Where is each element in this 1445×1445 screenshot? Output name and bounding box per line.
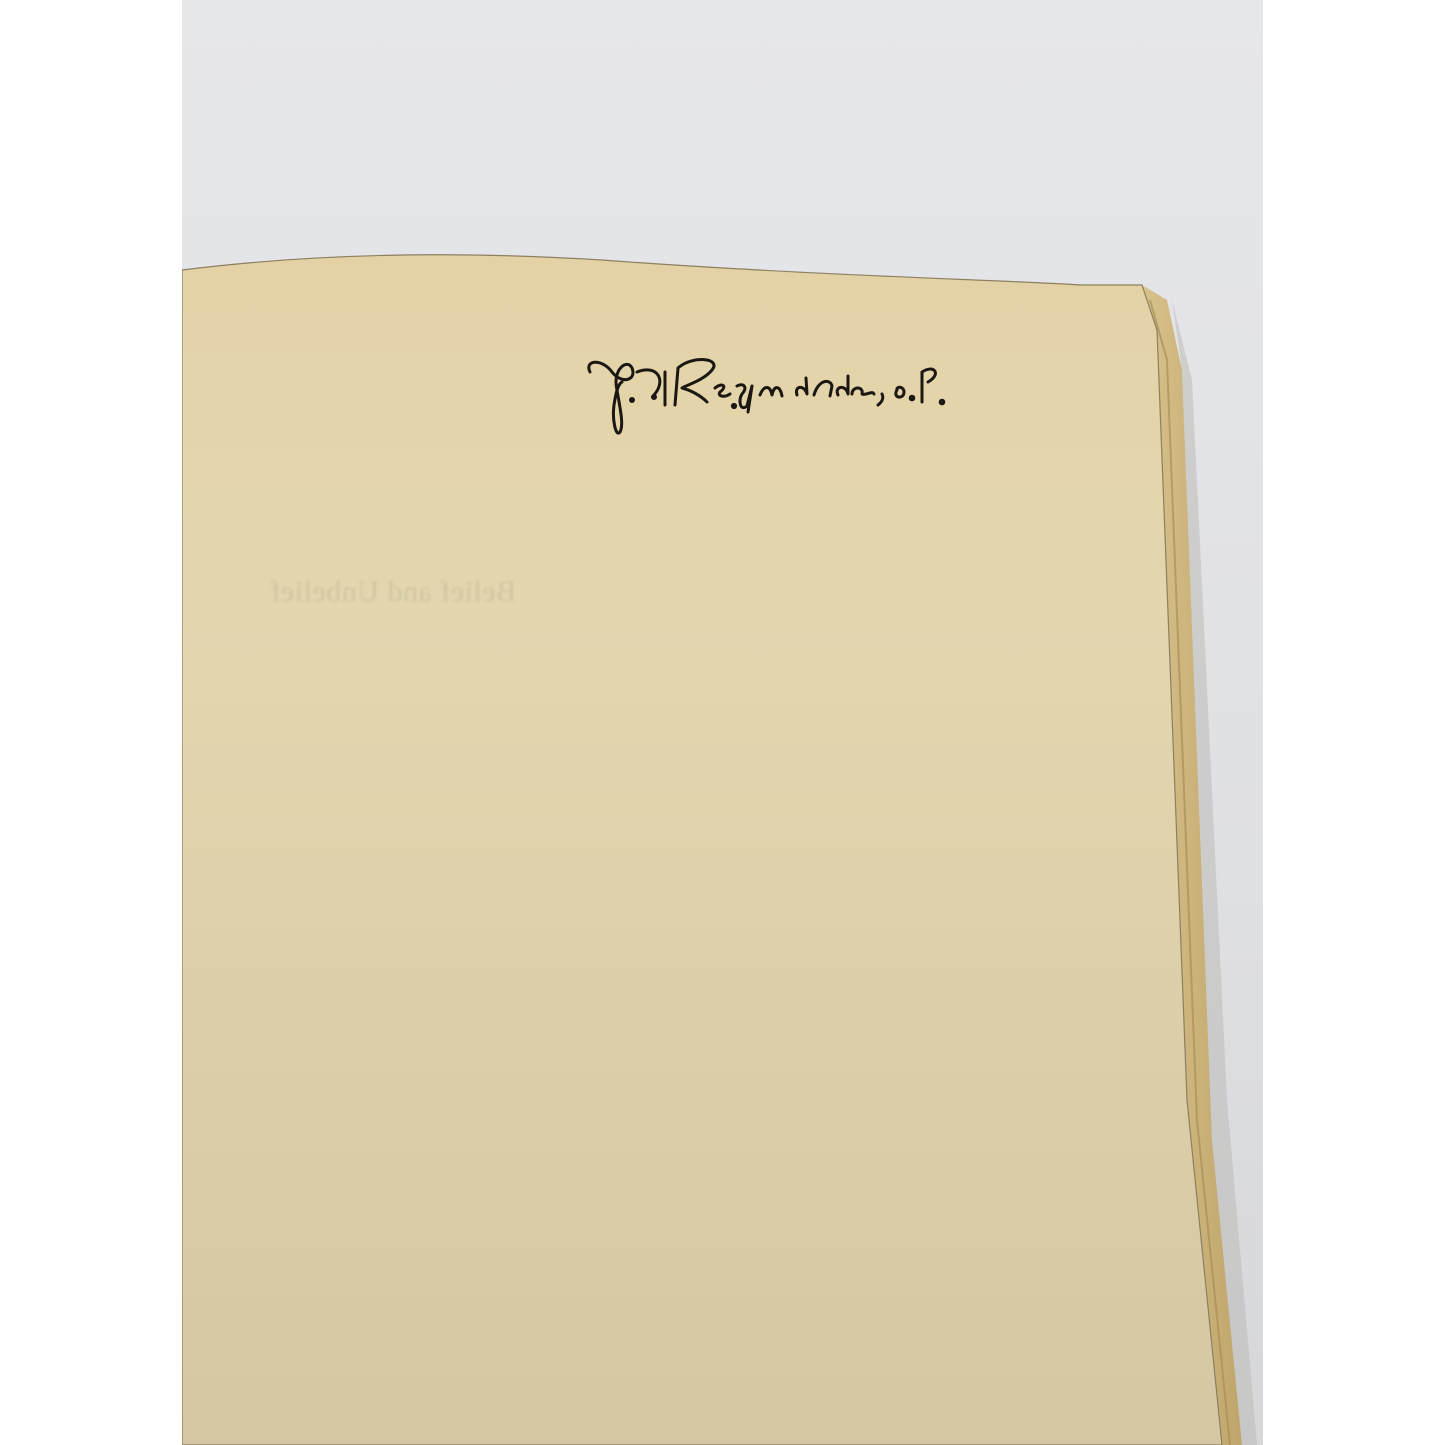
handwritten-signature	[582, 350, 962, 440]
bleed-through-title: Belief and Unbelief	[270, 575, 516, 609]
book-page-edges	[182, 0, 1263, 1445]
photo: Belief and Unbelief	[182, 0, 1263, 1445]
